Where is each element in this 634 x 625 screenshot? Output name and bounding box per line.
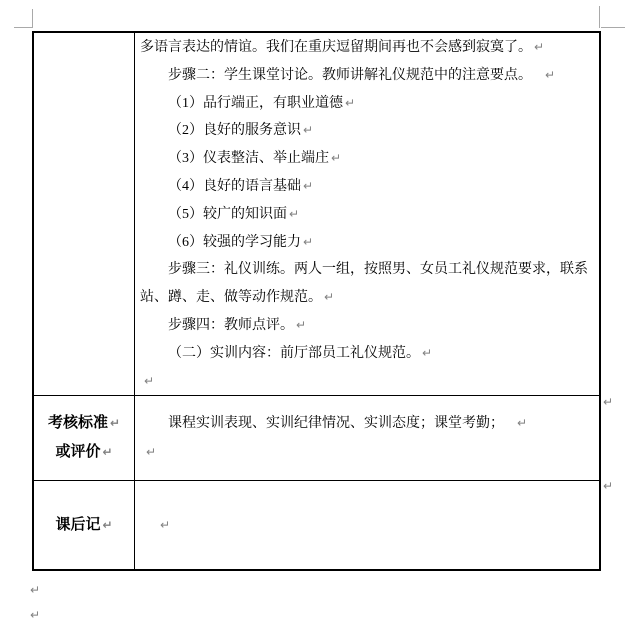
paragraph[interactable]: （1）品行端正，有职业道德↵ bbox=[140, 90, 592, 118]
pilcrow-icon: ↵ bbox=[545, 68, 555, 82]
pilcrow-icon: ↵ bbox=[146, 445, 156, 459]
paragraph-empty[interactable]: ↵ bbox=[140, 438, 592, 467]
pilcrow-icon: ↵ bbox=[422, 346, 432, 360]
assessment-header-line2: 或评价↵ bbox=[55, 438, 112, 467]
assessment-header-line1: 考核标准↵ bbox=[48, 409, 120, 438]
paragraph[interactable]: 步骤四：教师点评。↵ bbox=[140, 312, 592, 340]
paragraph[interactable]: 多语言表达的情谊。我们在重庆逗留期间再也不会感到寂寞了。↵ bbox=[140, 34, 592, 62]
cell-row1-label-empty[interactable] bbox=[34, 33, 135, 396]
pilcrow-icon: ↵ bbox=[534, 40, 544, 54]
word-document-page: 多语言表达的情谊。我们在重庆逗留期间再也不会感到寂寞了。↵ 步骤二：学生课堂讨论… bbox=[0, 0, 634, 625]
pilcrow-icon: ↵ bbox=[30, 583, 40, 597]
paragraph-empty[interactable]: ↵ bbox=[140, 511, 170, 540]
paragraph[interactable]: （5）较广的知识面↵ bbox=[140, 201, 592, 229]
crop-mark-top-left-vertical bbox=[32, 9, 33, 28]
pilcrow-icon: ↵ bbox=[144, 374, 154, 388]
pilcrow-icon: ↵ bbox=[296, 318, 306, 332]
crop-mark-top-right-horizontal bbox=[601, 27, 625, 28]
pilcrow-icon: ↵ bbox=[517, 416, 527, 430]
paragraph[interactable]: （3）仪表整洁、举止端庄↵ bbox=[140, 145, 592, 173]
pilcrow-icon: ↵ bbox=[331, 151, 341, 165]
paragraph[interactable]: （二）实训内容：前厅部员工礼仪规范。↵ bbox=[140, 340, 592, 368]
paragraph[interactable]: 步骤二：学生课堂讨论。教师讲解礼仪规范中的注意要点。↵ bbox=[140, 62, 592, 90]
end-of-row-pilcrow-icon: ↵ bbox=[603, 395, 613, 409]
crop-mark-top-left-horizontal bbox=[14, 27, 33, 28]
pilcrow-icon: ↵ bbox=[289, 207, 299, 221]
pilcrow-icon: ↵ bbox=[30, 608, 40, 622]
pilcrow-icon: ↵ bbox=[110, 416, 120, 430]
lesson-plan-table: 多语言表达的情谊。我们在重庆逗留期间再也不会感到寂寞了。↵ 步骤二：学生课堂讨论… bbox=[32, 31, 601, 571]
pilcrow-icon: ↵ bbox=[324, 290, 334, 304]
cell-assessment-content[interactable]: 课程实训表现、实训纪律情况、实训态度；课堂考勤；↵ ↵ bbox=[135, 396, 599, 481]
cell-row1-content[interactable]: 多语言表达的情谊。我们在重庆逗留期间再也不会感到寂寞了。↵ 步骤二：学生课堂讨论… bbox=[135, 33, 599, 396]
cell-assessment-header[interactable]: 考核标准↵ 或评价↵ bbox=[34, 396, 135, 481]
paragraph[interactable]: （4）良好的语言基础↵ bbox=[140, 173, 592, 201]
paragraph[interactable]: 步骤三：礼仪训练。两人一组，按照男、女员工礼仪规范要求，联系站、蹲、走、做等动作… bbox=[140, 256, 592, 312]
paragraph[interactable]: （2）良好的服务意识↵ bbox=[140, 117, 592, 145]
pilcrow-icon: ↵ bbox=[160, 518, 170, 532]
cell-notes-content[interactable]: ↵ bbox=[135, 481, 599, 569]
paragraph[interactable]: 课程实训表现、实训纪律情况、实训态度；课堂考勤；↵ bbox=[140, 409, 592, 438]
end-of-row-pilcrow-icon: ↵ bbox=[603, 479, 613, 493]
pilcrow-icon: ↵ bbox=[303, 235, 313, 249]
pilcrow-icon: ↵ bbox=[345, 96, 355, 110]
pilcrow-icon: ↵ bbox=[303, 179, 313, 193]
paragraph-empty[interactable]: ↵ bbox=[140, 368, 592, 396]
cell-notes-header[interactable]: 课后记↵ bbox=[34, 481, 135, 569]
notes-header-line: 课后记↵ bbox=[55, 511, 112, 540]
pilcrow-icon: ↵ bbox=[102, 445, 112, 459]
pilcrow-icon: ↵ bbox=[303, 123, 313, 137]
pilcrow-icon: ↵ bbox=[102, 518, 112, 532]
paragraph[interactable]: （6）较强的学习能力↵ bbox=[140, 229, 592, 257]
crop-mark-top-right-vertical bbox=[599, 6, 600, 28]
